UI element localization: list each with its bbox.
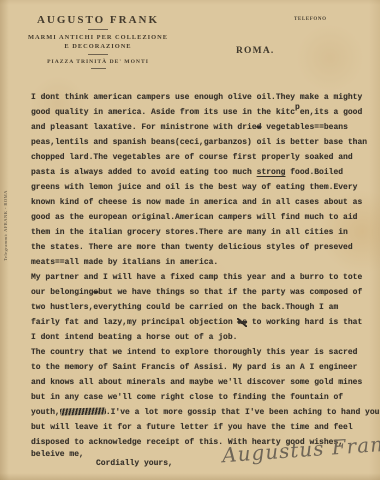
typed-line: meats==all made by italians in america.	[31, 255, 367, 270]
typed-segment: good as the european original.American c…	[31, 213, 357, 222]
typed-line: good quality in america. Aside from its …	[31, 105, 367, 120]
city-dateline: ROMA.	[236, 46, 274, 56]
typed-segment: My partner and I will have a fixed camp …	[31, 273, 362, 282]
typed-line: but in any case we'll come right close t…	[31, 390, 367, 405]
typed-line: youth,.I've a lot more gossip that I've …	[31, 405, 367, 420]
typed-line: them in the italian grocery stores.There…	[31, 225, 367, 240]
typed-segment: but will leave it for a future letter if…	[31, 423, 353, 432]
typed-segment: two hustlers,everything could be carried…	[31, 303, 338, 312]
closing-believe-me: beleive me,	[31, 450, 84, 459]
typed-segment: I dont think american campers use enough…	[31, 93, 362, 102]
typed-segment: good quality in america. Aside from its …	[31, 108, 295, 117]
letterhead-divider	[88, 29, 108, 30]
typed-segment: en,its a good	[300, 108, 362, 117]
typed-segment: The country that we intend to explore th…	[31, 348, 357, 357]
letterhead-address: PIAZZA TRINITÀ DE' MONTI	[20, 59, 176, 65]
typed-line: pasta is always added to avoid eating to…	[31, 165, 367, 180]
telephone-label: TELEFONO	[294, 17, 327, 22]
typed-line: known kind of cheese is now made in amer…	[31, 195, 367, 210]
typed-line: My partner and I will have a fixed camp …	[31, 270, 367, 285]
typed-segment-blot	[60, 407, 106, 415]
typed-line: but will leave it for a future letter if…	[31, 420, 367, 435]
typed-line: peas,lentils and spanish beans(ceci,garb…	[31, 135, 367, 150]
typed-segment: meats==all made by italians in america.	[31, 258, 218, 267]
typed-segment-u: strong	[257, 168, 286, 177]
telegram-side-note: Telegrammi: AFRANK - ROMA	[3, 183, 8, 261]
typed-line: our belongingsbut we have things so that…	[31, 285, 367, 300]
closing-valediction: Cordially yours,	[96, 459, 173, 468]
typed-segment: but in any case we'll come right close t…	[31, 393, 343, 402]
typed-line: The country that we intend to explore th…	[31, 345, 367, 360]
typed-segment: greens with lemon juice and oil is the b…	[31, 183, 357, 192]
typed-line: I dont think american campers use enough…	[31, 90, 367, 105]
letterhead-divider	[91, 68, 106, 69]
typed-segment: youth,	[31, 408, 60, 417]
typed-segment: .I've a lot more gossip that I've been a…	[106, 408, 380, 417]
letterhead-business-line-1: MARMI ANTICHI PER COLLEZIONE	[20, 33, 176, 42]
letter-body: I dont think american campers use enough…	[31, 90, 367, 450]
typed-segment: to the memory of Saint Francis of Assisi…	[31, 363, 357, 372]
typed-segment-sup: p	[295, 100, 300, 115]
typed-line: fairly fat and lazy,my principal objecti…	[31, 315, 367, 330]
letterhead-company-name: AUGUSTO FRANK	[20, 14, 176, 26]
typed-line: two hustlers,everything could be carried…	[31, 300, 367, 315]
typed-segment: food.Boiled	[285, 168, 343, 177]
typed-segment: and knows all about minerals and maybe w…	[31, 378, 362, 387]
typed-line: chopped lard.The vegetables are of cours…	[31, 150, 367, 165]
letterhead-business-line-2: E DECORAZIONE	[20, 42, 176, 51]
typed-segment: them in the italian grocery stores.There…	[31, 228, 348, 237]
typed-segment: our belonging	[31, 288, 93, 297]
typed-line: greens with lemon juice and oil is the b…	[31, 180, 367, 195]
typed-line: the states. There are more than twenty d…	[31, 240, 367, 255]
typed-line: to the memory of Saint Francis of Assisi…	[31, 360, 367, 375]
typed-segment: to working hard is that	[247, 318, 362, 327]
typed-segment: chopped lard.The vegetables are of cours…	[31, 153, 353, 162]
typed-segment-scribble: as	[237, 318, 247, 327]
typed-segment: peas,lentils and spanish beans(ceci,garb…	[31, 138, 367, 147]
typed-line: I dont intend beating a horse out of a j…	[31, 330, 367, 345]
typed-segment: pasta is always added to avoid eating to…	[31, 168, 257, 177]
letterhead: AUGUSTO FRANK MARMI ANTICHI PER COLLEZIO…	[20, 14, 176, 72]
typed-line: good as the european original.American c…	[31, 210, 367, 225]
typed-segment: known kind of cheese is now made in amer…	[31, 198, 362, 207]
letter-page: TELEFONO AUGUSTO FRANK MARMI ANTICHI PER…	[0, 0, 380, 480]
typed-segment: I dont intend beating a horse out of a j…	[31, 333, 237, 342]
letterhead-divider	[88, 54, 108, 55]
typed-segment: the states. There are more than twenty d…	[31, 243, 353, 252]
typed-segment: and pleasant laxative. For ministrone wi…	[31, 123, 257, 132]
typed-segment: but we have things so that if the party …	[98, 288, 362, 297]
typed-line: and pleasant laxative. For ministrone wi…	[31, 120, 367, 135]
typed-segment: vegetables==beans	[261, 123, 347, 132]
typed-line: and knows all about minerals and maybe w…	[31, 375, 367, 390]
typed-segment: fairly fat and lazy,my principal objecti…	[31, 318, 237, 327]
